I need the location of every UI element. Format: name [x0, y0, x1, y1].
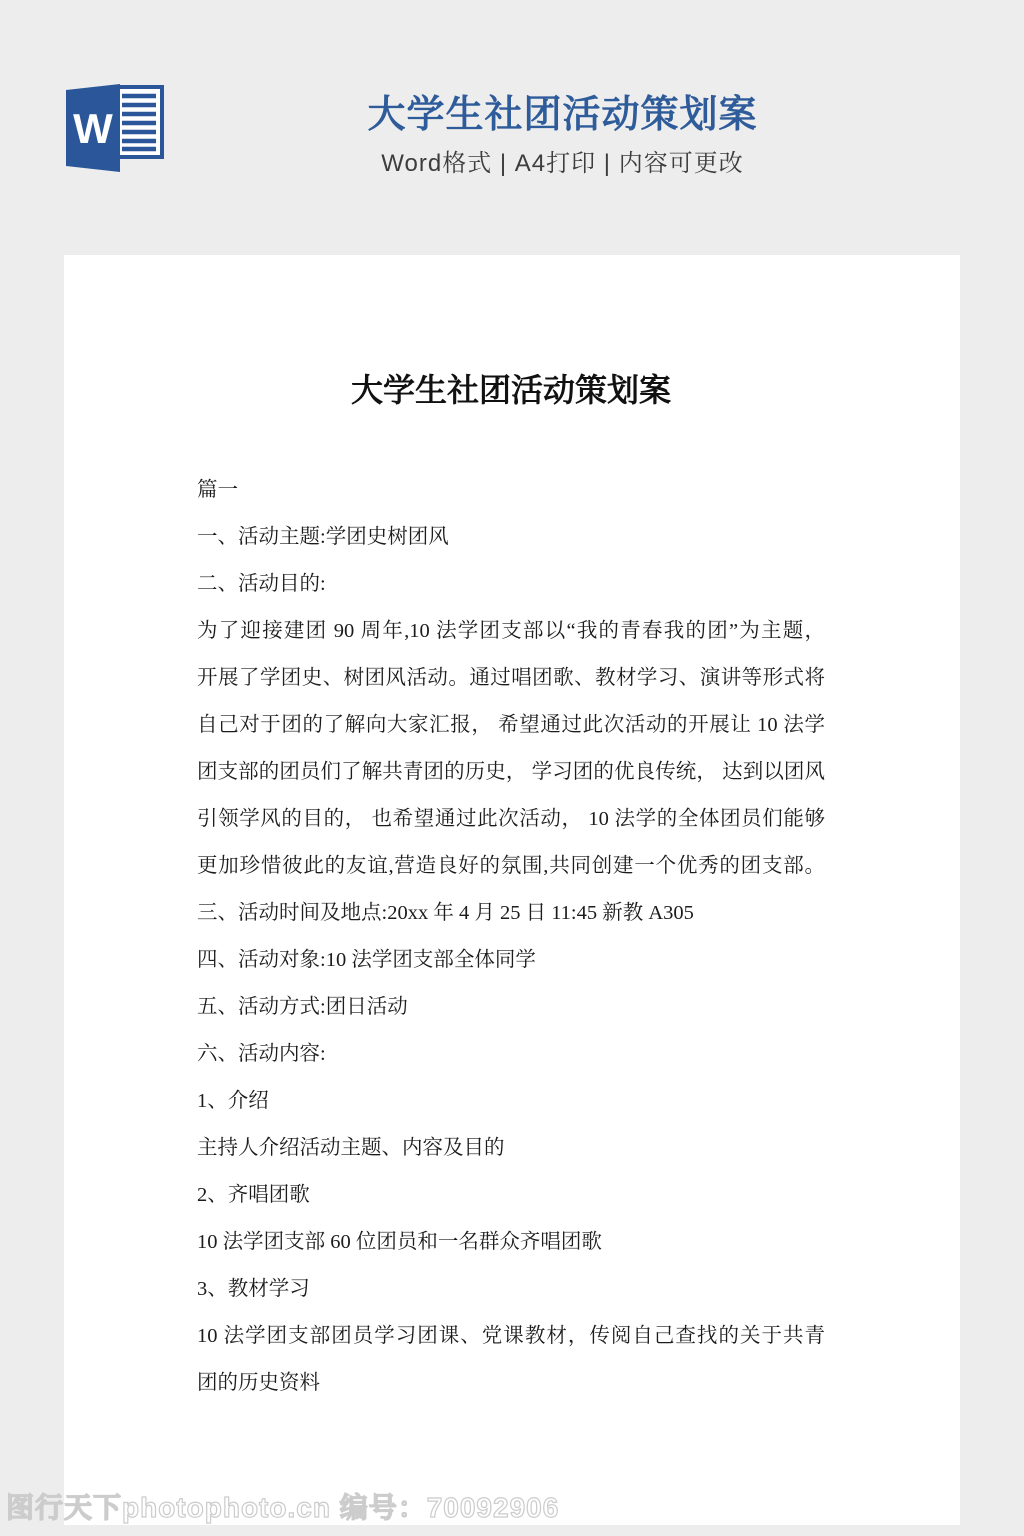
document-line: 10 法学团支部 60 位团员和一名群众齐唱团歌: [197, 1219, 825, 1266]
document-line: 更加珍惜彼此的友谊,营造良好的氛围,共同创建一个优秀的团支部。: [197, 843, 825, 890]
watermark: 图行天下photophoto.cn 编号：70092906: [6, 1486, 559, 1526]
document-line: 自己对于团的了解向大家汇报， 希望通过此次活动的开展让 10 法学: [197, 702, 825, 749]
document-line: 团的历史资料: [197, 1360, 825, 1407]
word-icon: W: [64, 82, 166, 174]
word-icon-text-lines: [122, 96, 156, 149]
document-line: 2、齐唱团歌: [197, 1172, 825, 1219]
document-line: 引领学风的目的， 也希望通过此次活动， 10 法学的全体团员们能够: [197, 796, 825, 843]
page-root: { "header": { "title": "大学生社团活动策划案", "su…: [0, 0, 1024, 1536]
document-page: 大学生社团活动策划案 篇一一、活动主题:学团史树团风二、活动目的:为了迎接建团 …: [64, 255, 960, 1525]
document-line: 3、教材学习: [197, 1266, 825, 1313]
header-text: 大学生社团活动策划案 Word格式 | A4打印 | 内容可更改: [165, 94, 960, 177]
document-line: 二、活动目的:: [197, 561, 825, 608]
document-line: 为了迎接建团 90 周年,10 法学团支部以“我的青春我的团”为主题，: [197, 608, 825, 655]
document-line: 开展了学团史、树团风活动。通过唱团歌、教材学习、演讲等形式将: [197, 655, 825, 702]
document-line: 篇一: [197, 467, 825, 514]
document-line: 一、活动主题:学团史树团风: [197, 514, 825, 561]
document-line: 四、活动对象:10 法学团支部全体同学: [197, 937, 825, 984]
document-title: 大学生社团活动策划案: [197, 368, 825, 412]
document-body: 篇一一、活动主题:学团史树团风二、活动目的:为了迎接建团 90 周年,10 法学…: [197, 467, 825, 1407]
document-line: 团支部的团员们了解共青团的历史， 学习团的优良传统， 达到以团风: [197, 749, 825, 796]
document-line: 10 法学团支部团员学习团课、党课教材，传阅自己查找的关于共青: [197, 1313, 825, 1360]
document-line: 五、活动方式:团日活动: [197, 984, 825, 1031]
document-line: 1、介绍: [197, 1078, 825, 1125]
document-line: 三、活动时间及地点:20xx 年 4 月 25 日 11:45 新教 A305: [197, 890, 825, 937]
header: W 大学生社团活动策划案 Word格式 | A4打印 | 内容可更改: [0, 0, 1024, 255]
document-line: 六、活动内容:: [197, 1031, 825, 1078]
document-line: 主持人介绍活动主题、内容及目的: [197, 1125, 825, 1172]
word-icon-letter: W: [73, 105, 113, 152]
template-subtitle: Word格式 | A4打印 | 内容可更改: [165, 151, 960, 177]
template-title: 大学生社团活动策划案: [165, 94, 960, 136]
